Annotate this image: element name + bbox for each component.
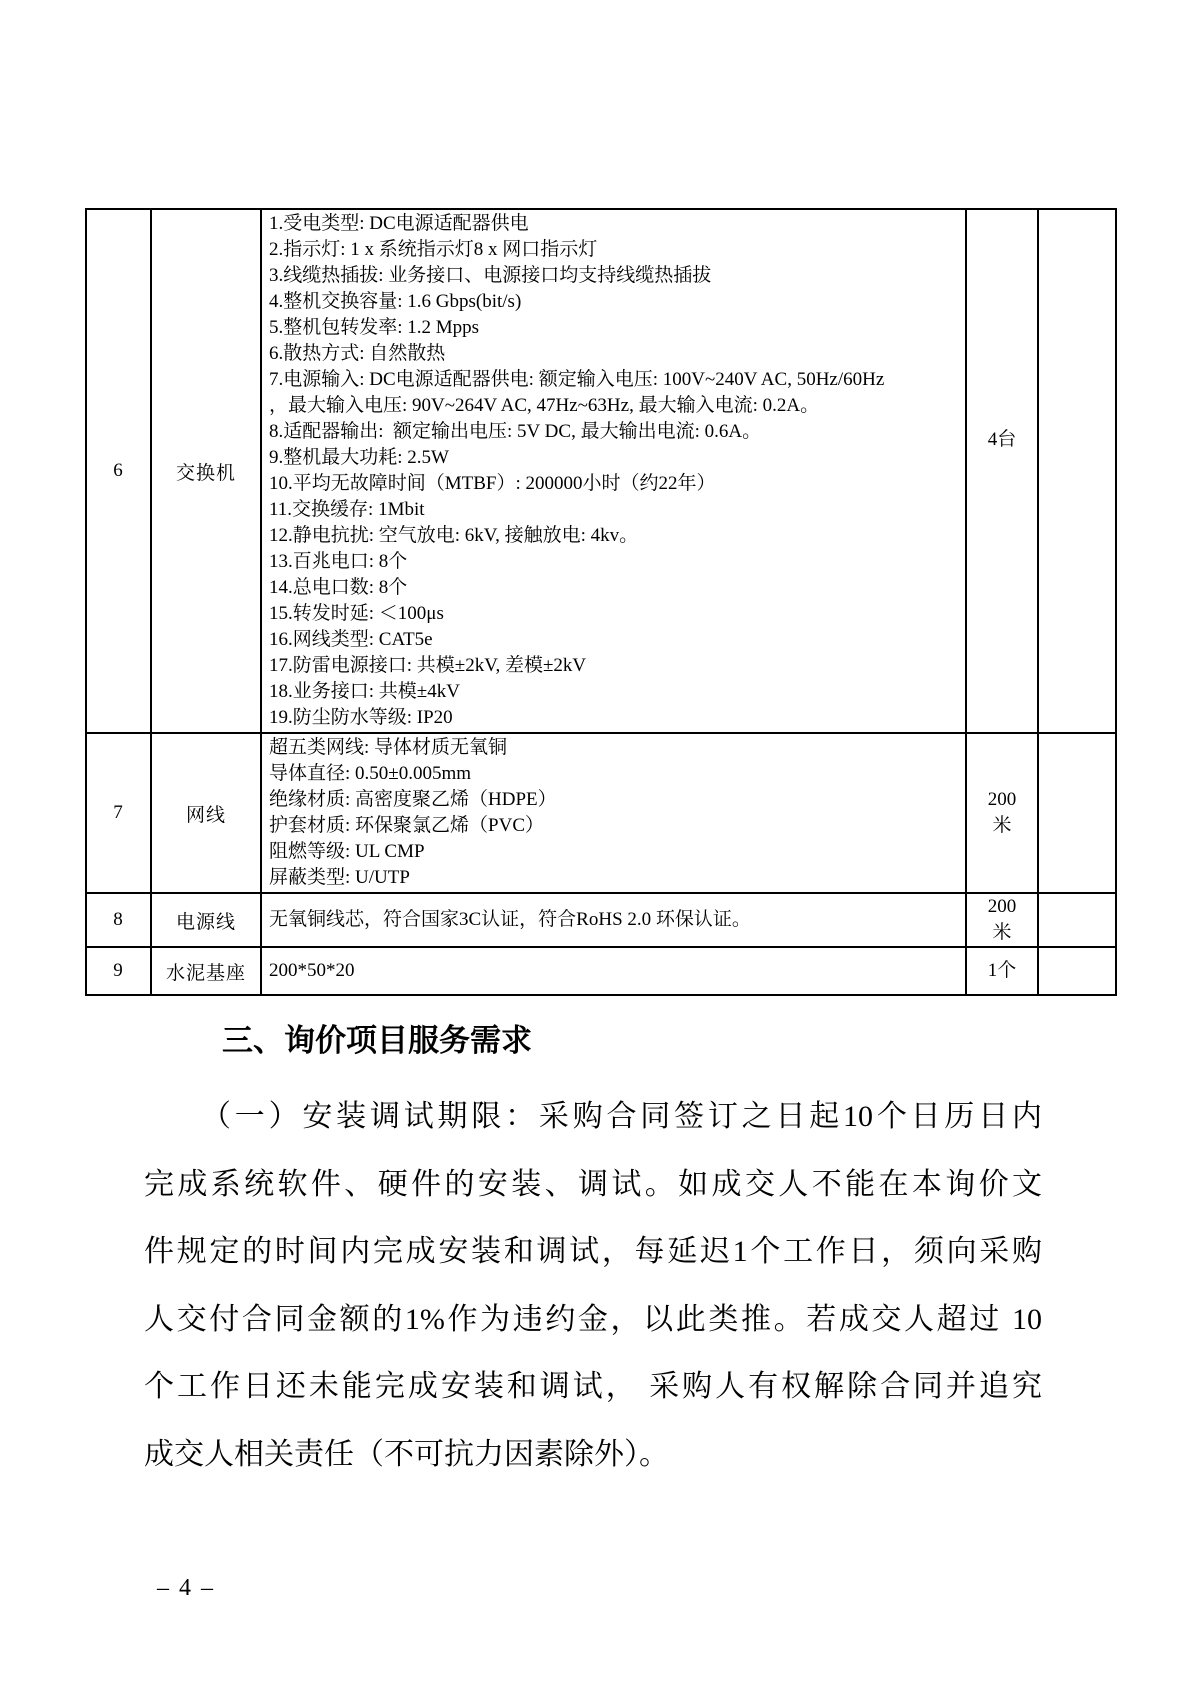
item-note — [1038, 733, 1116, 893]
qty-line: 200 — [967, 787, 1037, 813]
qty-line: 4台 — [967, 427, 1037, 453]
qty-line: 200 — [967, 894, 1037, 920]
spec-line: 阻燃等级: UL CMP — [269, 839, 961, 865]
row-number: 7 — [86, 733, 151, 893]
item-name: 交换机 — [151, 209, 261, 733]
item-quantity: 200 米 — [966, 733, 1038, 893]
item-specs: 200*50*20 — [261, 947, 966, 995]
item-quantity: 1个 — [966, 947, 1038, 995]
item-name: 电源线 — [151, 893, 261, 947]
spec-line: 18.业务接口: 共模±4kV — [269, 679, 961, 705]
spec-line: 6.散热方式: 自然散热 — [269, 341, 961, 367]
spec-line: 超五类网线: 导体材质无氧铜 — [269, 735, 961, 761]
spec-line: 13.百兆电口: 8个 — [269, 549, 961, 575]
spec-line: 7.电源输入: DC电源适配器供电: 额定输入电压: 100V~240V AC,… — [269, 367, 961, 393]
spec-line: 4.整机交换容量: 1.6 Gbps(bit/s) — [269, 289, 961, 315]
spec-line: 16.网线类型: CAT5e — [269, 627, 961, 653]
table-row-cement-base: 9 水泥基座 200*50*20 1个 — [86, 947, 1116, 995]
spec-line: 15.转发时延: ＜100μs — [269, 601, 961, 627]
paragraph-line: 人交付合同金额的1%作为违约金，以此类推。若成交人超过 10 — [144, 1286, 1042, 1354]
row-number: 9 — [86, 947, 151, 995]
page-number: – 4 – — [157, 1575, 215, 1602]
qty-line: 1个 — [967, 958, 1037, 984]
table-row-cable: 7 网线 超五类网线: 导体材质无氧铜 导体直径: 0.50±0.005mm 绝… — [86, 733, 1116, 893]
spec-line: 1.受电类型: DC电源适配器供电 — [269, 211, 961, 237]
table-row-switch: 6 交换机 1.受电类型: DC电源适配器供电 2.指示灯: 1 x 系统指示灯… — [86, 209, 1116, 733]
item-specs: 1.受电类型: DC电源适配器供电 2.指示灯: 1 x 系统指示灯8 x 网口… — [261, 209, 966, 733]
spec-line: 14.总电口数: 8个 — [269, 575, 961, 601]
section-heading: 三、询价项目服务需求 — [222, 1022, 532, 1060]
spec-line: 17.防雷电源接口: 共模±2kV, 差模±2kV — [269, 653, 961, 679]
paragraph-line: （一）安装调试期限：采购合同签订之日起10个日历日内 — [144, 1083, 1042, 1151]
spec-line: ，最大输入电压: 90V~264V AC, 47Hz~63Hz, 最大输入电流:… — [269, 393, 961, 419]
spec-line: 导体直径: 0.50±0.005mm — [269, 761, 961, 787]
service-requirements-paragraph: （一）安装调试期限：采购合同签订之日起10个日历日内 完成系统软件、硬件的安装、… — [144, 1083, 1042, 1489]
spec-line: 19.防尘防水等级: IP20 — [269, 705, 961, 731]
spec-line: 绝缘材质: 高密度聚乙烯（HDPE） — [269, 787, 961, 813]
spec-line: 10.平均无故障时间（MTBF）: 200000小时（约22年） — [269, 471, 961, 497]
spec-line: 9.整机最大功耗: 2.5W — [269, 445, 961, 471]
item-specs: 超五类网线: 导体材质无氧铜 导体直径: 0.50±0.005mm 绝缘材质: … — [261, 733, 966, 893]
spec-table: 6 交换机 1.受电类型: DC电源适配器供电 2.指示灯: 1 x 系统指示灯… — [85, 208, 1117, 996]
spec-line: 无氧铜线芯，符合国家3C认证，符合RoHS 2.0 环保认证。 — [269, 907, 961, 933]
paragraph-line: 件规定的时间内完成安装和调试，每延迟1个工作日，须向采购 — [144, 1218, 1042, 1286]
item-quantity: 200 米 — [966, 893, 1038, 947]
row-number: 8 — [86, 893, 151, 947]
item-note — [1038, 947, 1116, 995]
spec-line: 11.交换缓存: 1Mbit — [269, 497, 961, 523]
spec-line: 3.线缆热插拔: 业务接口、电源接口均支持线缆热插拔 — [269, 263, 961, 289]
spec-line: 12.静电抗扰: 空气放电: 6kV, 接触放电: 4kv。 — [269, 523, 961, 549]
spec-line: 护套材质: 环保聚氯乙烯（PVC） — [269, 813, 961, 839]
spec-line: 5.整机包转发率: 1.2 Mpps — [269, 315, 961, 341]
paragraph-line: 个工作日还未能完成安装和调试， 采购人有权解除合同并追究 — [144, 1353, 1042, 1421]
spec-line: 屏蔽类型: U/UTP — [269, 865, 961, 891]
qty-line: 米 — [967, 920, 1037, 946]
paragraph-line: 完成系统软件、硬件的安装、调试。如成交人不能在本询价文 — [144, 1151, 1042, 1219]
qty-line: 米 — [967, 813, 1037, 839]
spec-line: 200*50*20 — [269, 958, 961, 984]
document-page: 6 交换机 1.受电类型: DC电源适配器供电 2.指示灯: 1 x 系统指示灯… — [0, 0, 1191, 1684]
item-quantity: 4台 — [966, 209, 1038, 733]
paragraph-line: 成交人相关责任（不可抗力因素除外）。 — [144, 1421, 1042, 1489]
item-name: 网线 — [151, 733, 261, 893]
table-row-power-cable: 8 电源线 无氧铜线芯，符合国家3C认证，符合RoHS 2.0 环保认证。 20… — [86, 893, 1116, 947]
item-specs: 无氧铜线芯，符合国家3C认证，符合RoHS 2.0 环保认证。 — [261, 893, 966, 947]
item-note — [1038, 893, 1116, 947]
item-note — [1038, 209, 1116, 733]
row-number: 6 — [86, 209, 151, 733]
spec-line: 2.指示灯: 1 x 系统指示灯8 x 网口指示灯 — [269, 237, 961, 263]
spec-line: 8.适配器输出: 额定输出电压: 5V DC, 最大输出电流: 0.6A。 — [269, 419, 961, 445]
item-name: 水泥基座 — [151, 947, 261, 995]
